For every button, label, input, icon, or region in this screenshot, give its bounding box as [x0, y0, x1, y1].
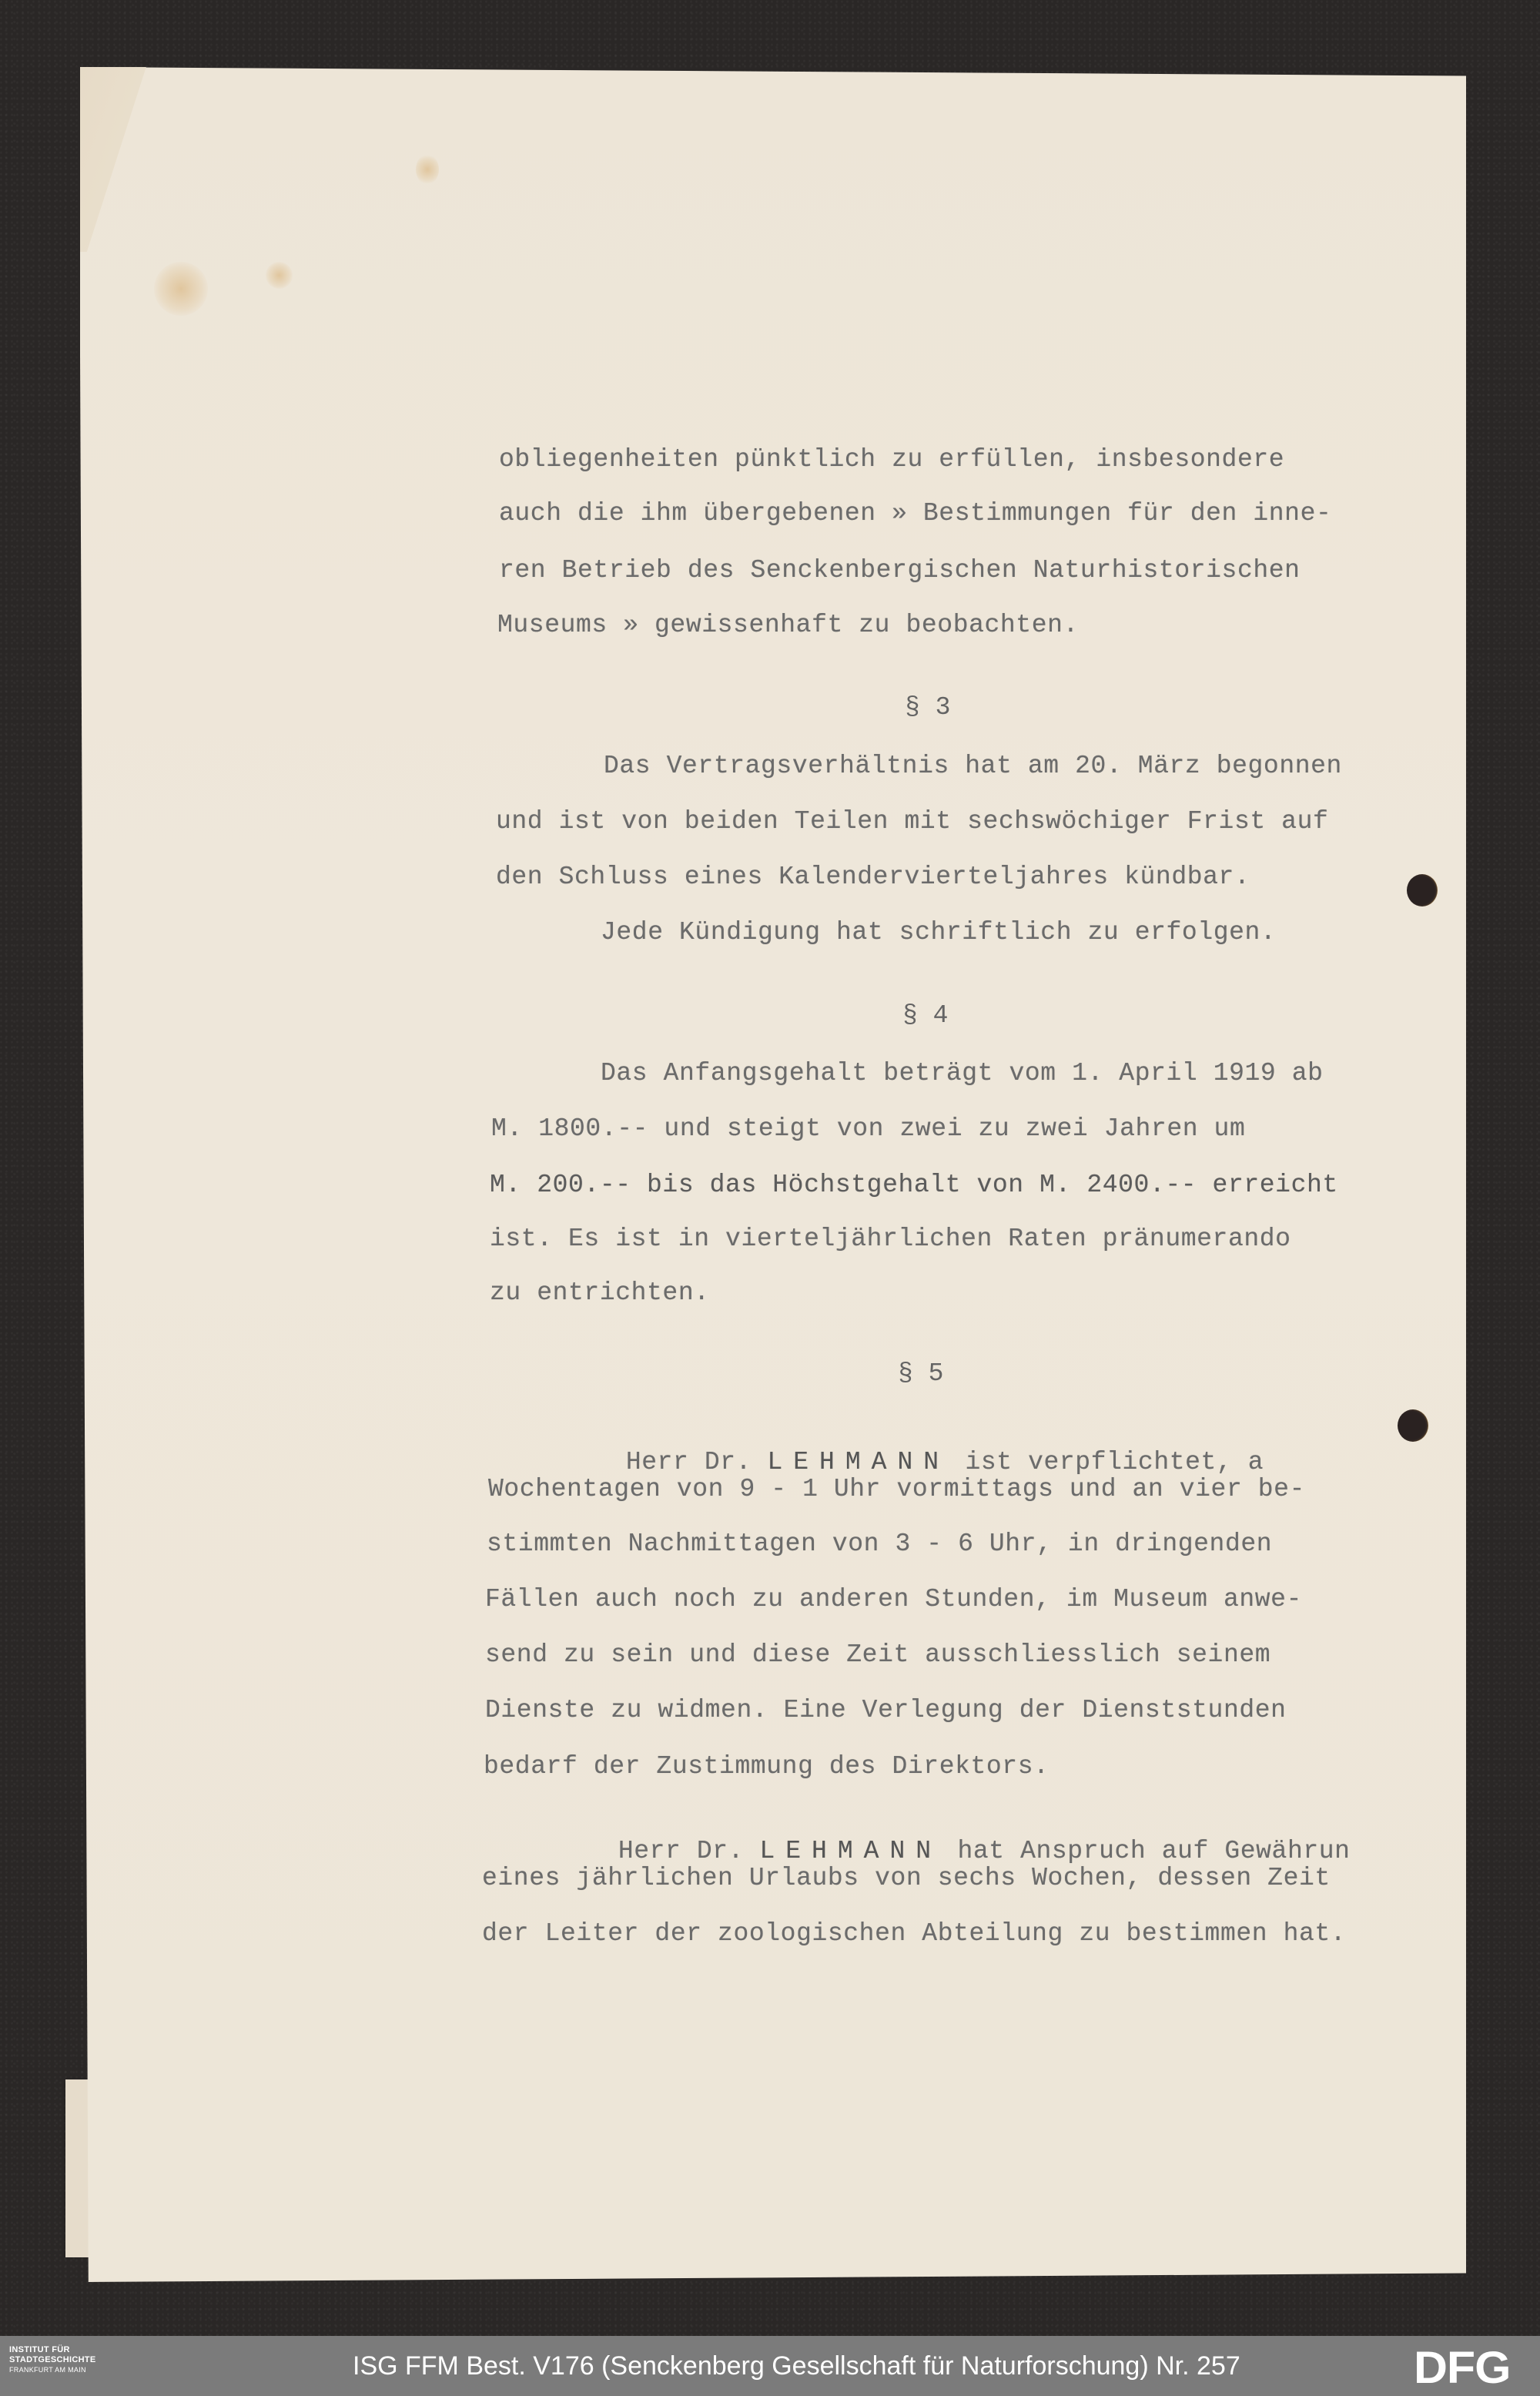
text-fragment: hat Anspruch auf Gewährun — [942, 1837, 1350, 1865]
text-line: bedarf der Zustimmung des Direktors. — [484, 1752, 1050, 1781]
text-line: obliegenheiten pünktlich zu erfüllen, in… — [499, 445, 1284, 474]
text-line: den Schluss eines Kalendervierteljahres … — [496, 863, 1250, 891]
text-line: stimmten Nachmittagen von 3 - 6 Uhr, in … — [487, 1530, 1272, 1558]
text-fragment: Herr Dr. — [626, 1448, 768, 1476]
archive-reference: ISG FFM Best. V176 (Senckenberg Gesellsc… — [353, 2351, 1240, 2381]
person-name: LEHMANN — [767, 1448, 949, 1476]
section-heading: § 3 — [905, 693, 950, 722]
underlying-sheet-edge — [65, 2079, 89, 2257]
dfg-logo-icon: DFG — [1414, 2348, 1510, 2388]
text-line: Das Vertragsverhältnis hat am 20. März b… — [604, 752, 1342, 780]
stain — [266, 262, 293, 289]
institution-logo: INSTITUT FÜR STADTGESCHICHTE FRANKFURT A… — [9, 2345, 95, 2375]
text-fragment: ist verpflichtet, a — [949, 1448, 1264, 1476]
section-heading: § 5 — [898, 1359, 943, 1388]
text-line: und ist von beiden Teilen mit sechswöchi… — [496, 807, 1328, 836]
text-line: M. 1800.-- und steigt von zwei zu zwei J… — [491, 1114, 1245, 1143]
text-line: auch die ihm übergebenen » Bestimmungen … — [499, 499, 1331, 528]
punch-hole-icon — [1398, 1409, 1428, 1442]
text-line: ren Betrieb des Senckenbergischen Naturh… — [499, 556, 1301, 585]
text-line: zu entrichten. — [490, 1278, 710, 1307]
text-line: Dienste zu widmen. Eine Verlegung der Di… — [485, 1696, 1287, 1724]
text-line: Wochentagen von 9 - 1 Uhr vormittags und… — [488, 1475, 1305, 1503]
person-name: LEHMANN — [759, 1837, 942, 1865]
text-line: send zu sein und diese Zeit ausschliessl… — [485, 1640, 1270, 1669]
text-line: Herr Dr. LEHMANN hat Anspruch auf Gewähr… — [587, 1808, 1351, 1865]
punch-hole-icon — [1407, 874, 1438, 906]
institution-line: INSTITUT FÜR — [9, 2345, 95, 2355]
text-line: Fällen auch noch zu anderen Stunden, im … — [485, 1585, 1302, 1614]
text-line: Jede Kündigung hat schriftlich zu erfolg… — [601, 918, 1276, 947]
footer-bar: INSTITUT FÜR STADTGESCHICHTE FRANKFURT A… — [0, 2336, 1540, 2396]
text-line: Museums » gewissenhaft zu beobachten. — [497, 611, 1079, 639]
text-line: M. 200.-- bis das Höchstgehalt von M. 24… — [490, 1171, 1338, 1199]
text-line: ist. Es ist in vierteljährlichen Raten p… — [490, 1225, 1291, 1253]
section-heading: § 4 — [902, 1001, 948, 1030]
text-line: Das Anfangsgehalt beträgt vom 1. April 1… — [601, 1059, 1324, 1087]
text-fragment: Herr Dr. — [618, 1837, 760, 1865]
text-line: Herr Dr. LEHMANN ist verpflichtet, a — [594, 1419, 1264, 1476]
institution-location: FRANKFURT AM MAIN — [9, 2365, 95, 2375]
stain — [154, 262, 208, 316]
text-line: der Leiter der zoologischen Abteilung zu… — [482, 1919, 1346, 1948]
stain — [416, 154, 439, 185]
text-line: eines jährlichen Urlaubs von sechs Woche… — [482, 1864, 1331, 1892]
institution-line: STADTGESCHICHTE — [9, 2355, 95, 2365]
